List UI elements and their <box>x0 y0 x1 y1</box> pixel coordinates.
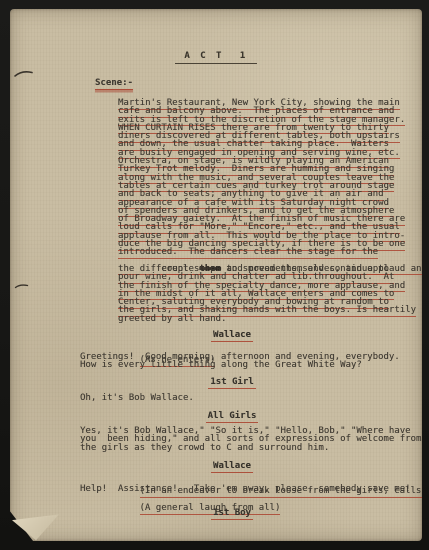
scene-description: Martin's Restaurant, New York City, show… <box>118 99 429 323</box>
character-heading-wallace-2: Wallace <box>26 461 429 471</box>
character-heading-wallace: Wallace <box>26 330 429 340</box>
photographed-script-page: A C T 1 Scene:- Martin's Restaurant, New… <box>0 0 429 550</box>
dialogue-all-girls: Yes, it's Bob Wallace," "So it is," "Hel… <box>80 427 421 452</box>
dialogue-wallace-1: Greetings! Good morning, afternoon and e… <box>80 353 400 370</box>
character-heading-1st-boy: 1st Boy <box>26 508 429 518</box>
dialogue-1st-girl: Oh, it's Bob Wallace. <box>80 394 194 402</box>
manuscript-paper: A C T 1 Scene:- Martin's Restaurant, New… <box>10 9 422 541</box>
scene-label: Scene:- <box>95 78 133 88</box>
pen-mark-icon <box>13 67 35 79</box>
pen-mark-icon <box>14 281 30 290</box>
character-heading-all-girls: All Girls <box>26 411 429 421</box>
character-heading-1st-girl: 1st Girl <box>26 377 429 387</box>
act-title: A C T 1 <box>10 51 422 61</box>
